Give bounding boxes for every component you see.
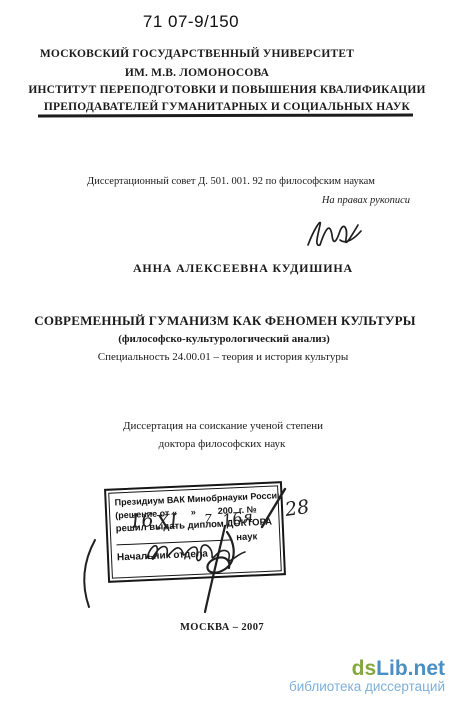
dslib-tagline: библиотека диссертаций	[289, 679, 445, 695]
handwritten-case-number: 28	[283, 496, 311, 521]
handwritten-paren-stroke	[84, 540, 95, 607]
dissertation-title-page: 71 07-9/150 МОСКОВСКИЙ ГОСУДАРСТВЕННЫЙ У…	[0, 0, 450, 705]
author-signature	[302, 211, 366, 253]
dslib-logo-rest: Lib.net	[376, 657, 445, 680]
catalog-number: 71 07-9/150	[0, 12, 382, 32]
university-name-line2: ИМ. М.В. ЛОМОНОСОВА	[0, 67, 422, 79]
handwritten-day: 16	[129, 509, 155, 533]
handwritten-slash	[262, 489, 285, 527]
institute-name-line2: ПРЕПОДАВАТЕЛЕЙ ГУМАНИТАРНЫХ И СОЦИАЛЬНЫХ…	[2, 101, 450, 113]
handwritten-year-digit: 7	[204, 512, 212, 526]
manuscript-rights-note: На правах рукописи	[322, 195, 410, 206]
stamp-handwriting: 16 XI 7 16я 28	[75, 480, 320, 620]
dissertation-subtitle: (философско-культурологический анализ)	[0, 333, 449, 345]
university-name-line1: МОСКОВСКИЙ ГОСУДАРСТВЕННЫЙ УНИВЕРСИТЕТ	[0, 48, 422, 60]
city-year-line: МОСКВА – 2007	[0, 622, 447, 633]
dslib-watermark[interactable]: dsLib.net библиотека диссертаций	[289, 658, 445, 695]
dslib-logo-ds: ds	[352, 657, 377, 680]
degree-line1: Диссертация на соискание ученой степени	[0, 420, 448, 432]
dissertation-council-line: Диссертационный совет Д. 501. 001. 92 по…	[6, 176, 450, 187]
handwritten-science-word	[147, 545, 245, 561]
handwritten-number: 16я	[221, 507, 254, 530]
specialty-line: Специальность 24.00.01 – теория и истори…	[0, 351, 448, 363]
dslib-logo[interactable]: dsLib.net	[289, 658, 445, 679]
institute-name-line1: ИНСТИТУТ ПЕРЕПОДГОТОВКИ И ПОВЫШЕНИЯ КВАЛ…	[2, 84, 450, 96]
handwritten-month: XI	[153, 510, 179, 534]
degree-line2: доктора философских наук	[0, 438, 447, 450]
divider-line	[38, 114, 413, 117]
author-name: АННА АЛЕКСЕЕВНА КУДИШИНА	[18, 261, 450, 276]
dissertation-title: СОВРЕМЕННЫЙ ГУМАНИЗМ КАК ФЕНОМЕН КУЛЬТУР…	[0, 313, 450, 329]
